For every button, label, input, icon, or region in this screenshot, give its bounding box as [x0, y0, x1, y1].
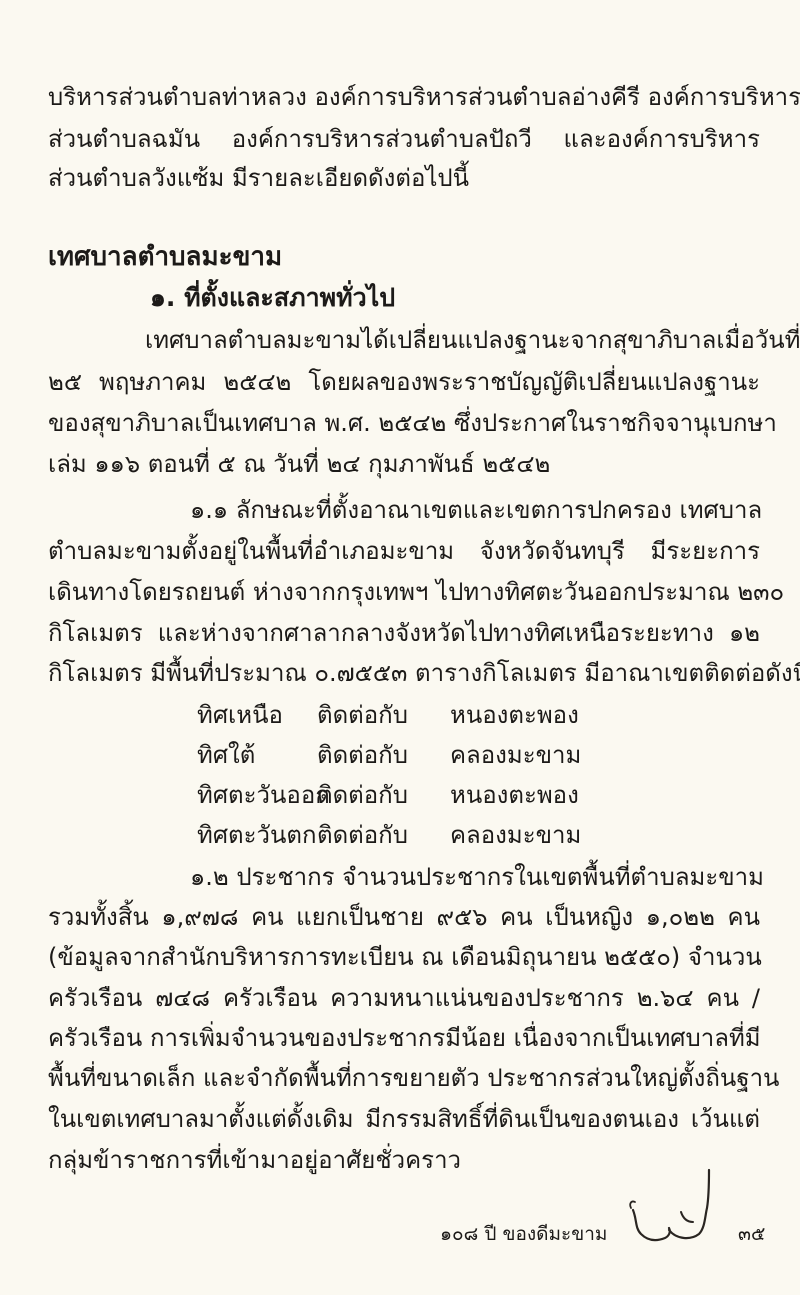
intro-line-2: ส่วนตำบลฉมัน องค์การบริหารส่วนตำบลปัถวี … — [48, 124, 760, 154]
para3-line-3: (ข้อมูลจากสำนักบริหารการทะเบียน ณ เดือนม… — [48, 942, 760, 972]
boundary-relation: ติดต่อกับ — [317, 780, 408, 810]
para2-line-4: กิโลเมตร และห่างจากศาลากลางจังหวัดไปทางท… — [48, 618, 760, 648]
hand-drawn-emblem-icon — [625, 1168, 720, 1248]
para3-line-7: ในเขตเทศบาลมาตั้งแต่ดั้งเดิม มีกรรมสิทธิ… — [48, 1104, 760, 1134]
boundary-place: หนองตะพอง — [450, 780, 579, 810]
page-number: ๓๕ — [738, 1222, 765, 1246]
para3-line-8: กลุ่มข้าราชการที่เข้ามาอยู่อาศัยชั่วคราว — [48, 1145, 461, 1175]
para2-line-1: ๑.๑ ลักษณะที่ตั้งอาณาเขตและเขตการปกครอง … — [190, 495, 760, 525]
para2-line-5: กิโลเมตร มีพื้นที่ประมาณ ๐.๗๕๕๓ ตารางกิโ… — [48, 658, 760, 688]
boundary-place: คลองมะขาม — [450, 820, 581, 850]
para1-line-1: เทศบาลตำบลมะขามได้เปลี่ยนแปลงฐานะจากสุขา… — [145, 325, 760, 355]
para3-line-5: ครัวเรือน การเพิ่มจำนวนของประชากรมีน้อย … — [48, 1023, 760, 1053]
boundary-relation: ติดต่อกับ — [317, 700, 408, 730]
boundary-place: คลองมะขาม — [450, 740, 581, 770]
boundary-place: หนองตะพอง — [450, 700, 579, 730]
para2-line-2: ตำบลมะขามตั้งอยู่ในพื้นที่อำเภอมะขาม จัง… — [48, 536, 760, 566]
boundary-direction: ทิศใต้ — [197, 740, 255, 770]
para3-line-1: ๑.๒ ประชากร จำนวนประชากรในเขตพื้นที่ตำบล… — [190, 862, 760, 892]
boundary-direction: ทิศตะวันตก — [197, 820, 317, 850]
para3-line-4: ครัวเรือน ๗๔๘ ครัวเรือน ความหนาแน่นของปร… — [48, 983, 760, 1013]
para1-line-3: ของสุขาภิบาลเป็นเทศบาล พ.ศ. ๒๕๔๒ ซึ่งประ… — [48, 408, 760, 438]
subsection-heading: ๑. ที่ตั้งและสภาพทั่วไป — [150, 283, 395, 313]
para3-line-2: รวมทั้งสิ้น ๑,๙๗๘ คน แยกเป็นชาย ๙๕๖ คน เ… — [48, 902, 760, 932]
intro-line-1: บริหารส่วนตำบลท่าหลวง องค์การบริหารส่วนต… — [48, 82, 760, 112]
section-heading: เทศบาลตำบลมะขาม — [48, 242, 282, 272]
para3-line-6: พื้นที่ขนาดเล็ก และจำกัดพื้นที่การขยายตั… — [48, 1063, 760, 1093]
para1-line-2: ๒๕ พฤษภาคม ๒๕๔๒ โดยผลของพระราชบัญญัติเปล… — [48, 367, 760, 397]
boundary-direction: ทิศตะวันออก — [197, 780, 330, 810]
intro-line-3: ส่วนตำบลวังแซ้ม มีรายละเอียดดังต่อไปนี้ — [48, 163, 469, 193]
para2-line-3: เดินทางโดยรถยนต์ ห่างจากกรุงเทพฯ ไปทางทิ… — [48, 577, 760, 607]
boundary-direction: ทิศเหนือ — [197, 700, 283, 730]
boundary-relation: ติดต่อกับ — [317, 820, 408, 850]
boundary-relation: ติดต่อกับ — [317, 740, 408, 770]
document-page: บริหารส่วนตำบลท่าหลวง องค์การบริหารส่วนต… — [0, 0, 800, 1295]
footer-title: ๑๐๘ ปี ของดีมะขาม — [440, 1222, 607, 1246]
para1-line-4: เล่ม ๑๑๖ ตอนที่ ๕ ณ วันที่ ๒๔ กุมภาพันธ์… — [48, 449, 550, 479]
